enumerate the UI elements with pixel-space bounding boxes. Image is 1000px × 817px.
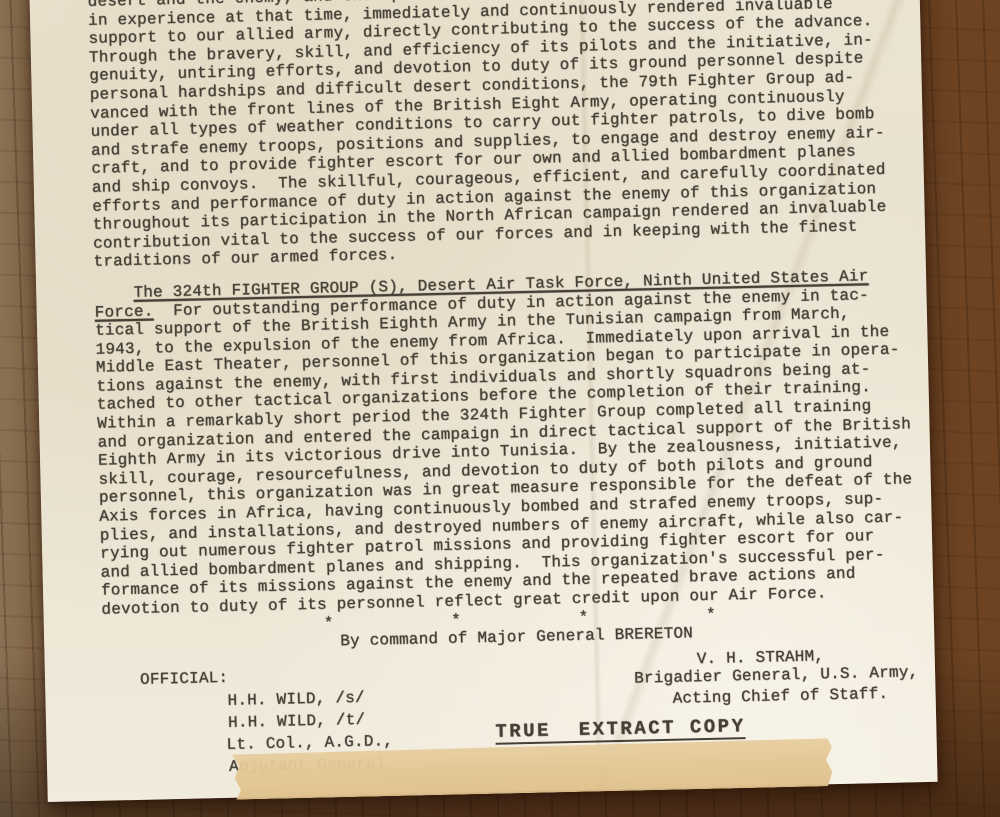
paragraph-324th-fighter-group: The 324th FIGHTER GROUP (S), Desert Air … — [94, 267, 903, 620]
heading-indent — [94, 284, 134, 303]
true-extract-copy-stamp: TRUE EXTRACT COPY — [495, 717, 746, 745]
signature-line: H.H. WILD, /t/ — [228, 711, 366, 733]
paragraph-body-lines: tical support of the British Eighth Army… — [95, 304, 904, 620]
official-label: OFFICIAL: — [140, 669, 229, 690]
desk-background: { "document": { "para1_lines": [ "desert… — [0, 0, 1000, 817]
typed-text: desert and the enemy, and the splendid r… — [28, 0, 937, 790]
heading-underlined-continuation: Force. — [95, 302, 154, 321]
document-page: desert and the enemy, and the splendid r… — [28, 0, 937, 802]
officer-role: Acting Chief of Staff. — [672, 685, 888, 708]
signature-line: H.H. WILD, /s/ — [227, 689, 365, 711]
paragraph-79th-fighter-group: desert and the enemy, and the splendid r… — [87, 0, 895, 272]
